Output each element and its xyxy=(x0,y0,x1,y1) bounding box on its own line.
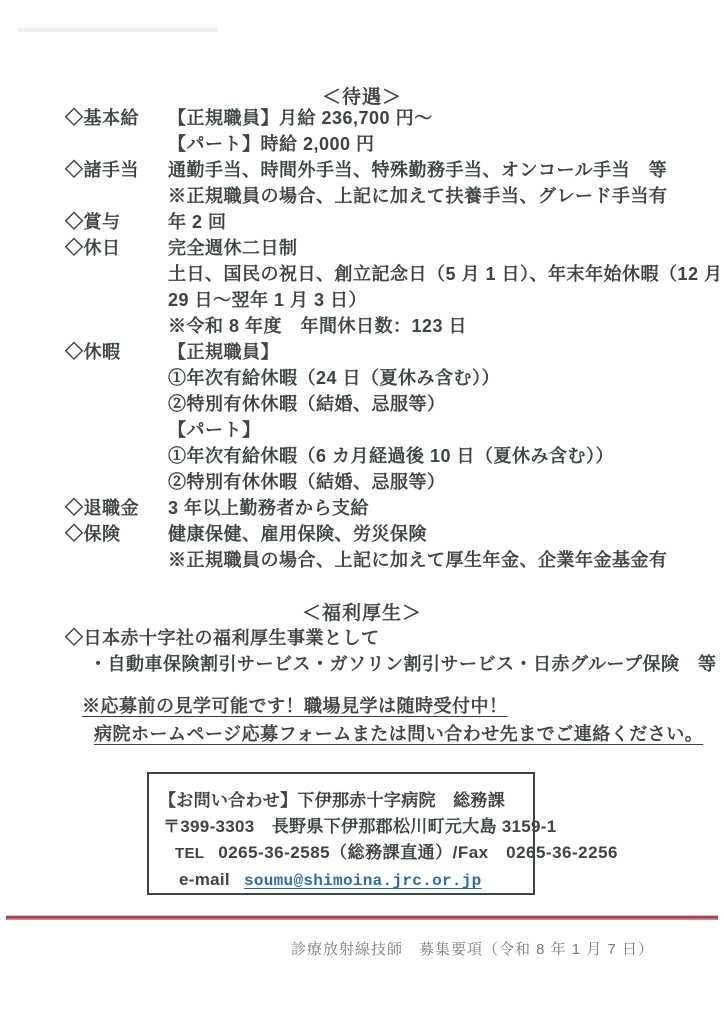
row-allowances: ◇諸手当 通勤手当、時間外手当、特殊勤務手当、オンコール手当 等 ※正規職員の場… xyxy=(65,157,723,209)
term-label: ◇賞与 xyxy=(65,209,168,235)
tel-label: TEL xyxy=(175,841,204,867)
term-label: ◇保険 xyxy=(65,521,168,547)
treatment-rows: ◇基本給 【正規職員】月給 236,700 円～ 【パート】時給 2,000 円… xyxy=(65,105,723,573)
contact-email-row: e-mailsoumu@shimoina.jrc.or.jp xyxy=(149,867,533,894)
definition-line: ※令和 8 年度 年間休日数：123 日 xyxy=(168,313,723,339)
row-holidays: ◇休日 完全週休二日制 土日、国民の祝日、創立記念日（5 月 1 日）、年末年始… xyxy=(65,235,723,339)
row-leave: ◇休暇 【正規職員】 ①年次有給休暇（24 日（夏休み含む）） ②特別有休休暇（… xyxy=(65,339,723,495)
tel-fax-numbers: 0265-36-2585（総務課直通）/Fax 0265-36-2256 xyxy=(218,843,618,862)
notice-line: ※応募前の見学可能です！職場見学は随時受付中！ xyxy=(82,692,508,720)
definition-line: 【正規職員】月給 236,700 円～ xyxy=(168,105,723,131)
email-link[interactable]: soumu@shimoina.jrc.or.jp xyxy=(244,872,482,890)
definition-line: 年 2 回 xyxy=(168,209,723,235)
red-divider-line xyxy=(6,915,718,920)
definition-line: 3 年以上勤務者から支給 xyxy=(168,495,723,521)
document-page: ＜待遇＞ ◇基本給 【正規職員】月給 236,700 円～ 【パート】時給 2,… xyxy=(0,0,724,1024)
definition-line: ②特別有休休暇（結婚、忌服等） xyxy=(168,469,723,495)
definition-line: 【正規職員】 xyxy=(168,339,723,365)
scan-artifact xyxy=(18,27,218,32)
welfare-section: ◇日本赤十字社の福利厚生事業として ・自動車保険割引サービス・ガソリン割引サービ… xyxy=(65,625,717,677)
row-retirement-pay: ◇退職金 3 年以上勤務者から支給 xyxy=(65,495,723,521)
definition-line: 通勤手当、時間外手当、特殊勤務手当、オンコール手当 等 xyxy=(168,157,723,183)
term-label: ◇休暇 xyxy=(65,339,168,365)
term-definition: 通勤手当、時間外手当、特殊勤務手当、オンコール手当 等 ※正規職員の場合、上記に… xyxy=(168,157,723,209)
definition-line: 29 日～翌年 1 月 3 日） xyxy=(168,287,723,313)
term-definition: 【正規職員】月給 236,700 円～ 【パート】時給 2,000 円 xyxy=(168,105,723,157)
term-label: ◇休日 xyxy=(65,235,168,261)
email-label: e-mail xyxy=(179,867,230,893)
visit-notice: ※応募前の見学可能です！職場見学は随時受付中！ 病院ホームページ応募フォームまた… xyxy=(82,692,703,748)
term-label: ◇諸手当 xyxy=(65,157,168,183)
definition-line: ①年次有給休暇（6 カ月経過後 10 日（夏休み含む）） xyxy=(168,443,723,469)
contact-address: 〒399-3303 長野県下伊那郡松川町元大島 3159-1 xyxy=(149,814,533,840)
welfare-line: ◇日本赤十字社の福利厚生事業として xyxy=(65,625,717,651)
definition-line: 【パート】 xyxy=(168,417,723,443)
notice-line: 病院ホームページ応募フォームまたは問い合わせ先までご連絡ください。 xyxy=(94,720,703,748)
definition-line: ②特別有休休暇（結婚、忌服等） xyxy=(168,391,723,417)
definition-line: 土日、国民の祝日、創立記念日（5 月 1 日）、年末年始休暇（12 月 xyxy=(168,261,723,287)
term-label: ◇基本給 xyxy=(65,105,168,131)
term-definition: 完全週休二日制 土日、国民の祝日、創立記念日（5 月 1 日）、年末年始休暇（1… xyxy=(168,235,723,339)
contact-tel-fax: TEL0265-36-2585（総務課直通）/Fax 0265-36-2256 xyxy=(149,840,533,867)
term-definition: 【正規職員】 ①年次有給休暇（24 日（夏休み含む）） ②特別有休休暇（結婚、忌… xyxy=(168,339,723,495)
term-label: ◇退職金 xyxy=(65,495,168,521)
definition-line: ※正規職員の場合、上記に加えて厚生年金、企業年金基金有 xyxy=(168,547,723,573)
definition-line: 完全週休二日制 xyxy=(168,235,723,261)
definition-line: ※正規職員の場合、上記に加えて扶養手当、グレード手当有 xyxy=(168,183,723,209)
term-definition: 年 2 回 xyxy=(168,209,723,235)
contact-title: 【お問い合わせ】下伊那赤十字病院 総務課 xyxy=(149,788,533,814)
term-definition: 3 年以上勤務者から支給 xyxy=(168,495,723,521)
row-bonus: ◇賞与 年 2 回 xyxy=(65,209,723,235)
footer-caption: 診療放射線技師 募集要項（令和 8 年 1 月 7 日） xyxy=(291,938,654,959)
welfare-line: ・自動車保険割引サービス・ガソリン割引サービス・日赤グループ保険 等 xyxy=(65,651,717,677)
welfare-section-title: ＜福利厚生＞ xyxy=(0,598,724,625)
definition-line: 健康保健、雇用保険、労災保険 xyxy=(168,521,723,547)
definition-line: 【パート】時給 2,000 円 xyxy=(168,131,723,157)
term-definition: 健康保健、雇用保険、労災保険 ※正規職員の場合、上記に加えて厚生年金、企業年金基… xyxy=(168,521,723,573)
contact-box: 【お問い合わせ】下伊那赤十字病院 総務課 〒399-3303 長野県下伊那郡松川… xyxy=(147,772,535,895)
row-base-salary: ◇基本給 【正規職員】月給 236,700 円～ 【パート】時給 2,000 円 xyxy=(65,105,723,157)
row-insurance: ◇保険 健康保健、雇用保険、労災保険 ※正規職員の場合、上記に加えて厚生年金、企… xyxy=(65,521,723,573)
definition-line: ①年次有給休暇（24 日（夏休み含む）） xyxy=(168,365,723,391)
